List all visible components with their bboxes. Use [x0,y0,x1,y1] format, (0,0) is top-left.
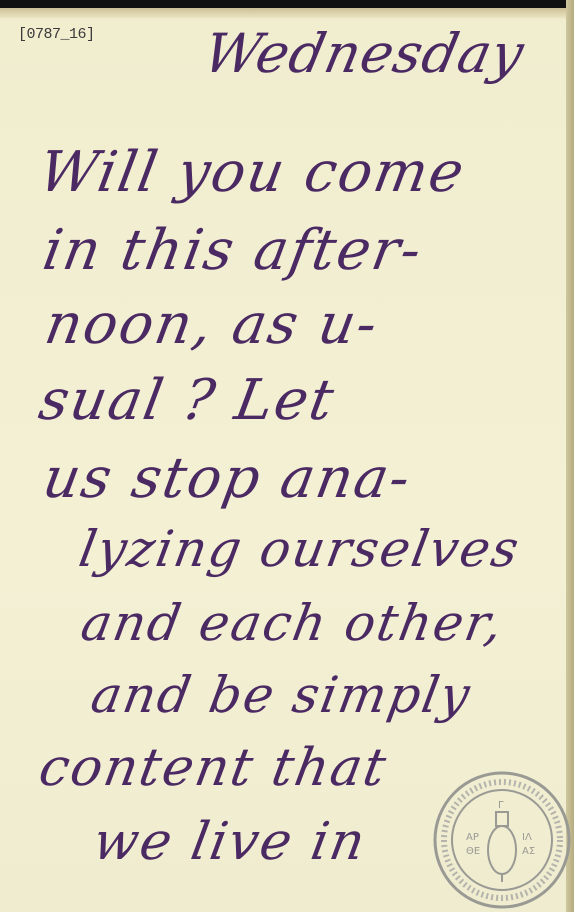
letter-line-10: we live in [89,812,371,872]
date-heading: Wednesday [198,22,530,85]
letter-line-6: lyzing ourselves [75,520,525,578]
letter-line-4: sual ? Let [34,368,340,433]
paper-top-band [0,8,566,18]
scan-top-edge [0,0,574,8]
letter-line-3: noon, as u- [40,292,384,357]
svg-text:ΙΛ: ΙΛ [522,832,532,843]
letter-line-9: content that [35,738,392,798]
svg-text:ΘΕ: ΘΕ [466,846,480,857]
letter-line-8: and be simply [87,666,476,724]
archive-label: [0787_16] [18,26,95,43]
letter-line-5: us stop ana- [38,446,416,511]
letter-line-1: Will you come [34,140,470,205]
letter-line-7: and each other, [77,594,509,652]
letter-line-2: in this after- [38,218,428,283]
svg-text:ΑΣ: ΑΣ [522,846,535,857]
svg-text:ΑΡ: ΑΡ [466,832,479,843]
school-seal-stamp: ΑΡ ΘΕ ΙΛ ΑΣ Γ [432,770,572,910]
svg-text:Γ: Γ [498,800,504,811]
